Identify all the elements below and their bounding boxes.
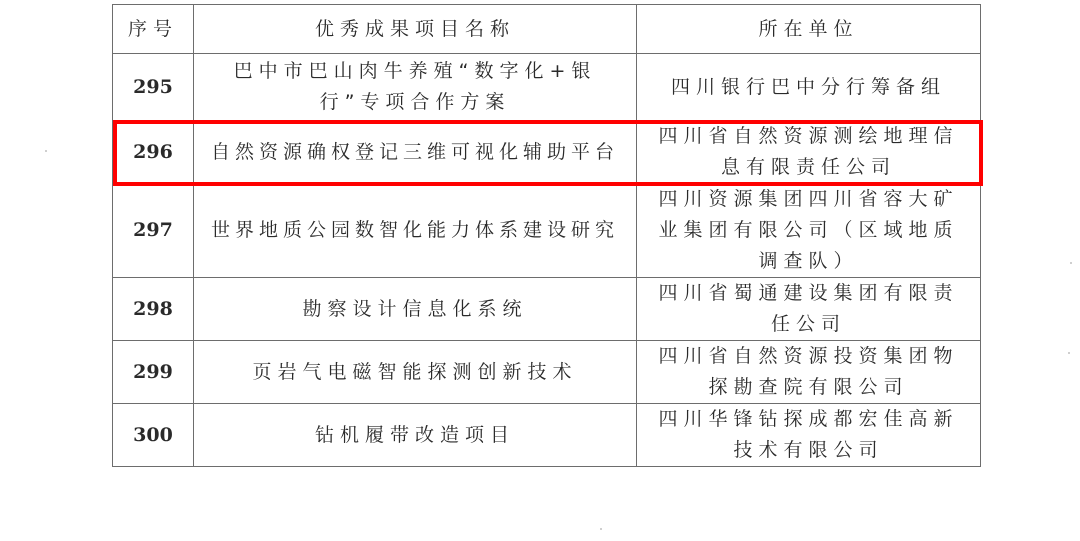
scan-speck <box>600 528 602 530</box>
serial-no: 300 <box>113 404 194 467</box>
scan-speck <box>1068 352 1070 354</box>
unit-name: 四川银行巴中分行筹备组 <box>637 54 981 121</box>
project-name: 巴中市巴山肉牛养殖“数字化+银行”专项合作方案 <box>194 54 637 121</box>
header-unit: 所在单位 <box>637 5 981 54</box>
table-row: 300 钻机履带改造项目 四川华锋钻探成都宏佳高新技术有限公司 <box>113 404 981 467</box>
project-name: 世界地质公园数智化能力体系建设研究 <box>194 184 637 278</box>
scan-speck <box>45 150 47 152</box>
unit-name: 四川华锋钻探成都宏佳高新技术有限公司 <box>637 404 981 467</box>
header-serial-no: 序号 <box>113 5 194 54</box>
table-row: 297 世界地质公园数智化能力体系建设研究 四川资源集团四川省容大矿业集团有限公… <box>113 184 981 278</box>
table-row-highlighted: 296 自然资源确权登记三维可视化辅助平台 四川省自然资源测绘地理信息有限责任公… <box>113 121 981 184</box>
scan-speck <box>1070 262 1072 264</box>
table-row: 298 勘察设计信息化系统 四川省蜀通建设集团有限责任公司 <box>113 278 981 341</box>
project-name: 勘察设计信息化系统 <box>194 278 637 341</box>
unit-name: 四川省自然资源投资集团物探勘查院有限公司 <box>637 341 981 404</box>
table-row: 295 巴中市巴山肉牛养殖“数字化+银行”专项合作方案 四川银行巴中分行筹备组 <box>113 54 981 121</box>
results-table-container: 序号 优秀成果项目名称 所在单位 295 巴中市巴山肉牛养殖“数字化+银行”专项… <box>112 4 981 467</box>
serial-no: 296 <box>113 121 194 184</box>
unit-name: 四川省自然资源测绘地理信息有限责任公司 <box>637 121 981 184</box>
project-name: 自然资源确权登记三维可视化辅助平台 <box>194 121 637 184</box>
project-name: 页岩气电磁智能探测创新技术 <box>194 341 637 404</box>
header-project-name: 优秀成果项目名称 <box>194 5 637 54</box>
unit-name: 四川资源集团四川省容大矿业集团有限公司（区域地质调查队） <box>637 184 981 278</box>
project-name: 钻机履带改造项目 <box>194 404 637 467</box>
table-row: 299 页岩气电磁智能探测创新技术 四川省自然资源投资集团物探勘查院有限公司 <box>113 341 981 404</box>
serial-no: 295 <box>113 54 194 121</box>
serial-no: 298 <box>113 278 194 341</box>
unit-name: 四川省蜀通建设集团有限责任公司 <box>637 278 981 341</box>
results-table: 序号 优秀成果项目名称 所在单位 295 巴中市巴山肉牛养殖“数字化+银行”专项… <box>112 4 981 467</box>
serial-no: 297 <box>113 184 194 278</box>
serial-no: 299 <box>113 341 194 404</box>
table-header-row: 序号 优秀成果项目名称 所在单位 <box>113 5 981 54</box>
